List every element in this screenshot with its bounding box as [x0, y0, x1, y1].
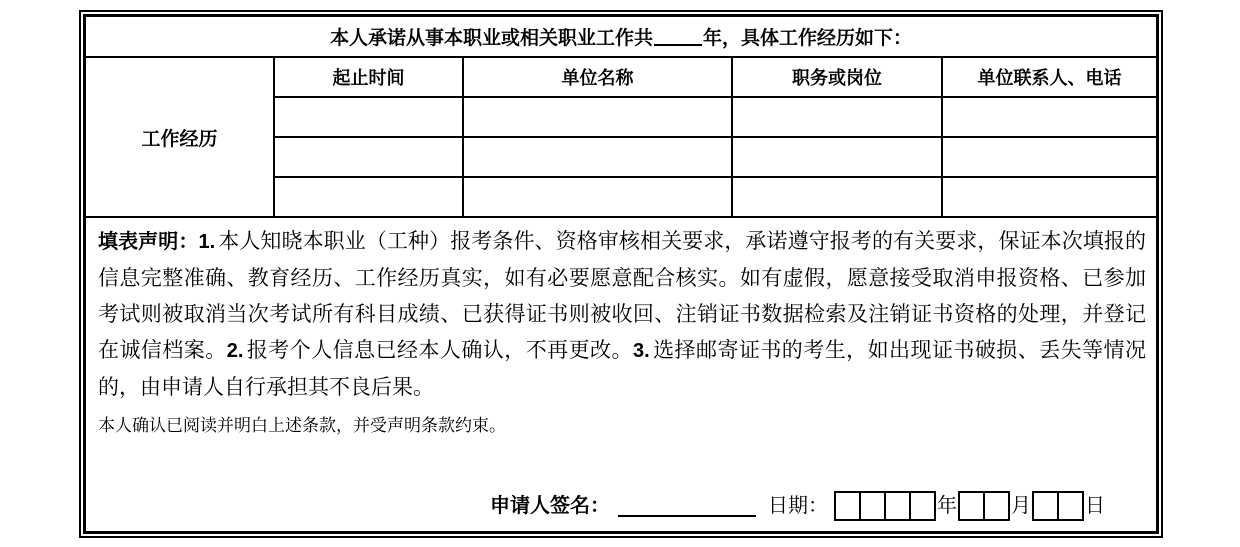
work-row-2-position-cell[interactable]: [732, 137, 942, 177]
confirmation-text: 本人确认已阅读并明白上述条款，并受声明条款约束。: [98, 414, 1146, 438]
work-row-1-unit-cell[interactable]: [463, 97, 732, 137]
date-label: 日期：: [768, 493, 828, 520]
form-border: 本人承诺从事本职业或相关职业工作共 年，具体工作经历如下： 工作经历 起止时间 …: [79, 10, 1163, 538]
commitment-title: 本人承诺从事本职业或相关职业工作共 年，具体工作经历如下：: [86, 17, 1156, 58]
declaration-section: 填表声明：1.本人知晓本职业（工种）报考条件、资格审核相关要求，承诺遵守报考的有…: [86, 216, 1156, 531]
declaration-item-2-number: 2.: [227, 340, 244, 362]
year-label: 年: [937, 493, 957, 520]
date-box-day-2[interactable]: [1057, 491, 1084, 521]
date-box-month-2[interactable]: [983, 491, 1010, 521]
document-page: 本人承诺从事本职业或相关职业工作共 年，具体工作经历如下： 工作经历 起止时间 …: [0, 0, 1240, 547]
work-row-2-contact-cell[interactable]: [942, 137, 1156, 177]
header-unit-name: 单位名称: [463, 58, 732, 97]
month-boxes: [958, 491, 1010, 521]
work-row-3-unit-cell[interactable]: [463, 177, 732, 216]
declaration-item-1-number: 1.: [198, 231, 215, 253]
work-row-1-position-cell[interactable]: [732, 97, 942, 137]
date-box-month-1[interactable]: [958, 491, 985, 521]
header-position: 职务或岗位: [732, 58, 942, 97]
day-boxes: [1032, 491, 1084, 521]
signature-label: 申请人签名：: [490, 493, 610, 520]
date-box-year-1[interactable]: [834, 491, 861, 521]
header-unit-contact-phone: 单位联系人、电话: [942, 58, 1156, 97]
work-experience-table: 工作经历 起止时间 单位名称 职务或岗位 单位联系人、电话: [86, 58, 1156, 216]
commitment-title-post: 年，具体工作经历如下：: [703, 23, 912, 50]
work-row-3-position-cell[interactable]: [732, 177, 942, 216]
work-row-1-contact-cell[interactable]: [942, 97, 1156, 137]
declaration-item-3-number: 3.: [633, 340, 650, 362]
years-blank-field[interactable]: [654, 27, 702, 46]
day-label: 日: [1085, 493, 1105, 520]
declaration-paragraph: 填表声明：1.本人知晓本职业（工种）报考条件、资格审核相关要求，承诺遵守报考的有…: [98, 223, 1146, 405]
header-start-end-time: 起止时间: [274, 58, 463, 97]
work-row-3-contact-cell[interactable]: [942, 177, 1156, 216]
declaration-item-2-text: 报考个人信息已经本人确认，不再更改。: [246, 338, 633, 362]
work-experience-label: 工作经历: [86, 58, 274, 216]
date-box-year-4[interactable]: [909, 491, 936, 521]
signature-row: 申请人签名： 日期： 年 月: [490, 491, 1146, 521]
work-row-2-unit-cell[interactable]: [463, 137, 732, 177]
commitment-title-pre: 本人承诺从事本职业或相关职业工作共: [330, 23, 653, 50]
work-row-3-time-cell[interactable]: [274, 177, 463, 216]
date-box-day-1[interactable]: [1032, 491, 1059, 521]
date-box-year-2[interactable]: [859, 491, 886, 521]
application-form: 本人承诺从事本职业或相关职业工作共 年，具体工作经历如下： 工作经历 起止时间 …: [83, 14, 1159, 534]
signature-blank-field[interactable]: [618, 495, 756, 517]
table-header-row: 工作经历 起止时间 单位名称 职务或岗位 单位联系人、电话: [86, 58, 1156, 97]
month-label: 月: [1011, 493, 1031, 520]
declaration-label: 填表声明：: [98, 231, 198, 253]
work-row-1-time-cell[interactable]: [274, 97, 463, 137]
work-row-2-time-cell[interactable]: [274, 137, 463, 177]
year-boxes: [834, 491, 936, 521]
date-box-year-3[interactable]: [884, 491, 911, 521]
